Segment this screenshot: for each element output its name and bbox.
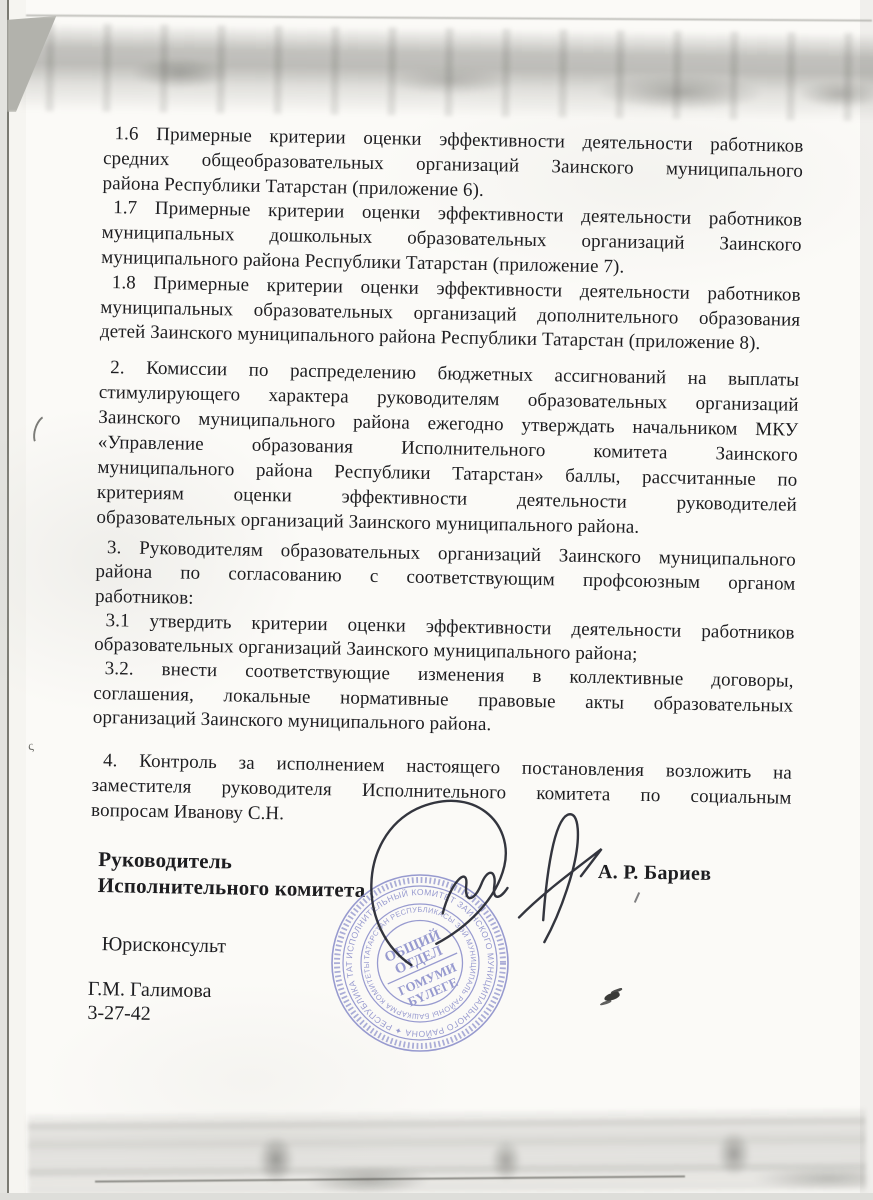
document-body: 1.6 Примерные критерии оценки эффективно… [106,0,806,13]
pen-mark-tick: ς [26,738,34,755]
paragraph-item-2: 2. Комиссии по распределению бюджетных а… [96,355,799,543]
document-paragraphs: 1.6 Примерные критерии оценки эффективно… [106,0,806,13]
ink-speck [603,991,620,1003]
scanned-document-page: ς 1.6 Примерные критерии оценки эффектив… [0,0,873,1200]
legal-counsel-phone: 3-27-42 [87,1001,211,1027]
pen-mark-paren [29,412,59,451]
scan-artifact-bottom-edge [0,1193,873,1200]
signature-squiggle-stroke [441,872,509,913]
signer-name: А. Р. Бариев [598,861,712,886]
legal-counsel-contact: Г.М. Галимова 3-27-42 [87,977,211,1027]
legal-counsel-name: Г.М. Галимова [88,977,212,1003]
paragraph-items-1-6-to-1-8: 1.6 Примерные критерии оценки эффективно… [100,122,804,358]
paragraph-item-3: 3. Руководителям образовательных организ… [93,536,796,743]
signature-oval-stroke [367,798,512,967]
legal-counsel-label: Юрисконсульт [101,933,226,958]
scan-artifact-top-band [19,23,873,122]
signature-flourish-stroke [538,814,584,942]
scan-artifact-bottom-band [28,1109,867,1199]
scan-artifact-page-edge [26,14,872,21]
